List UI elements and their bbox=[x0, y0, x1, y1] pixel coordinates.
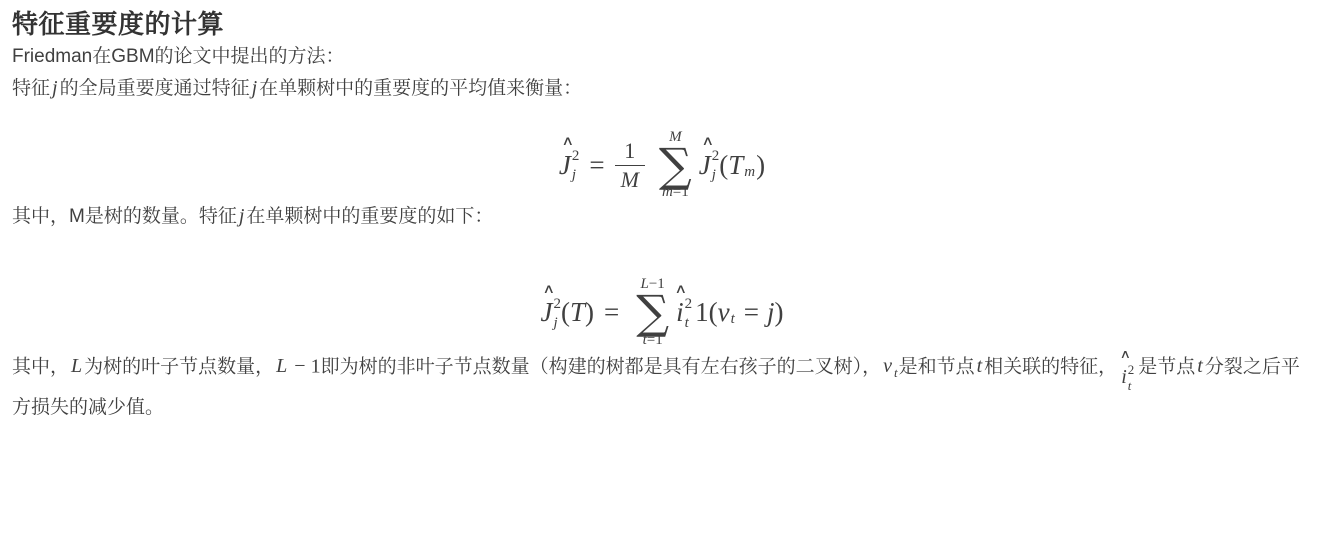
subscript-j: j bbox=[712, 168, 716, 183]
scripts: 2t bbox=[1128, 363, 1135, 392]
math-var-J: J bbox=[699, 152, 711, 179]
formula-global-importance: ∧ J 2 j = 1 M M ∑ m=1 ∧ J 2 j (Tm) bbox=[12, 130, 1312, 200]
sum-start-value: =1 bbox=[647, 333, 663, 348]
open-paren: ( bbox=[561, 297, 570, 328]
math-var-j-inline: j bbox=[52, 77, 58, 99]
fraction-denominator: M bbox=[615, 165, 645, 194]
math-var-j-inline: j bbox=[239, 205, 245, 227]
scripts: 2 j bbox=[553, 297, 561, 331]
close-paren: ) bbox=[756, 150, 765, 181]
equals-sign: = bbox=[604, 297, 619, 328]
math-J-hat-squared: ∧ J 2 j bbox=[540, 296, 560, 330]
subscript-t: t bbox=[731, 311, 735, 328]
hat-accent-icon: ∧ bbox=[674, 283, 687, 296]
math-var-L-inline: L bbox=[276, 355, 287, 377]
hat-accent-icon: ∧ bbox=[543, 283, 556, 296]
math-J-hat-squared: ∧ J 2 j bbox=[559, 148, 579, 182]
superscript-2: 2 bbox=[712, 149, 720, 164]
subscript-j: j bbox=[553, 316, 557, 331]
sigma-symbol: ∑ bbox=[659, 145, 692, 185]
sum-lower-limit: m=1 bbox=[662, 185, 689, 200]
intro-paragraph: Friedman在GBM的论文中提出的方法： bbox=[12, 41, 1312, 72]
math-var-j-inline: j bbox=[252, 77, 258, 99]
sigma-symbol: ∑ bbox=[636, 292, 669, 332]
document-page: 特征重要度的计算 Friedman在GBM的论文中提出的方法： 特征j的全局重要… bbox=[0, 0, 1324, 552]
equals-sign: = bbox=[744, 297, 759, 328]
subscript-m: m bbox=[744, 164, 755, 181]
math-var-J: J bbox=[559, 152, 571, 179]
summation-over-m: M ∑ m=1 bbox=[659, 130, 692, 200]
math-var-i: i bbox=[676, 299, 684, 326]
page-title: 特征重要度的计算 bbox=[12, 8, 1312, 41]
close-paren: ) bbox=[585, 297, 594, 328]
subscript-t: t bbox=[685, 316, 689, 331]
text-run: 其中， bbox=[12, 356, 69, 377]
inline-atom-row: i2t bbox=[1121, 363, 1134, 392]
equals-sign: = bbox=[589, 150, 604, 181]
summation-over-t: L−1 ∑ t=1 bbox=[636, 277, 669, 347]
close-paren: ) bbox=[775, 297, 784, 328]
text-run: 特征 bbox=[12, 78, 50, 99]
indicator-one: 1 bbox=[695, 297, 709, 328]
superscript-2: 2 bbox=[553, 297, 561, 312]
text-run: 的全局重要度通过特征 bbox=[60, 78, 250, 99]
global-importance-paragraph: 特征j的全局重要度通过特征j在单颗树中的重要度的平均值来衡量： bbox=[12, 72, 1312, 105]
math-arg-vt-equals-j: (vt=j) bbox=[709, 297, 784, 328]
text-run: 在单颗树中的重要度的平均值来衡量： bbox=[259, 78, 582, 99]
math-var-L-inline: L bbox=[71, 355, 82, 377]
math-var-i: i bbox=[1121, 367, 1127, 387]
hat-accent-icon: ∧ bbox=[561, 135, 574, 148]
text-run: 其中，M是树的数量。特征 bbox=[12, 206, 237, 227]
math-J-hat-squared: ∧ J 2 j bbox=[699, 148, 719, 182]
scripts: 2 t bbox=[685, 297, 693, 331]
math-var-v-inline: v bbox=[883, 355, 892, 377]
superscript-2: 2 bbox=[572, 149, 580, 164]
math-arg-T: (T) bbox=[561, 297, 594, 328]
math-var-v: v bbox=[718, 297, 730, 328]
sum-index-m: m bbox=[662, 185, 673, 200]
scripts: 2 j bbox=[712, 149, 720, 183]
sum-start-value: =1 bbox=[673, 185, 689, 200]
superscript-2: 2 bbox=[1128, 363, 1135, 376]
notes-paragraph: 其中，L为树的叶子节点数量，L−1即为树的非叶子节点数量（构建的树都是具有左右孩… bbox=[12, 348, 1312, 423]
number-one: 1 bbox=[311, 355, 321, 377]
math-arg-Tm: (Tm) bbox=[719, 150, 765, 181]
minus-sign: − bbox=[294, 355, 305, 377]
text-run: 相关联的特征， bbox=[984, 356, 1117, 377]
open-paren: ( bbox=[709, 297, 718, 328]
text-run: 在单颗树中的重要度的如下： bbox=[246, 206, 493, 227]
sum-lower-limit: t=1 bbox=[643, 333, 663, 348]
superscript-2: 2 bbox=[685, 297, 693, 312]
subscript-t-inline: t bbox=[894, 365, 898, 380]
single-tree-paragraph: 其中，M是树的数量。特征j在单颗树中的重要度的如下： bbox=[12, 200, 1312, 233]
text-run: 是节点 bbox=[1138, 356, 1195, 377]
scripts: 2 j bbox=[572, 149, 580, 183]
math-var-t-inline: t bbox=[1197, 355, 1203, 377]
text-run: 即为树的非叶子节点数量（构建的树都是具有左右孩子的二叉树）， bbox=[321, 356, 882, 377]
math-var-t-inline: t bbox=[977, 355, 983, 377]
math-var-T: T bbox=[728, 150, 743, 181]
text-run: 是和节点 bbox=[899, 356, 975, 377]
math-var-T: T bbox=[570, 297, 585, 328]
math-i-hat-squared-inline: ∧i2t bbox=[1121, 348, 1134, 392]
math-var-J: J bbox=[540, 299, 552, 326]
hat-accent-icon: ∧ bbox=[701, 135, 714, 148]
open-paren: ( bbox=[719, 150, 728, 181]
fraction-numerator: 1 bbox=[618, 137, 641, 165]
math-var-j: j bbox=[767, 297, 775, 328]
hat-accent-icon: ∧ bbox=[1120, 348, 1131, 360]
text-run: 为树的叶子节点数量， bbox=[84, 356, 274, 377]
math-i-hat-squared: ∧ i 2 t bbox=[676, 296, 692, 330]
subscript-j: j bbox=[572, 168, 576, 183]
formula-single-tree-importance: ∧ J 2 j (T) = L−1 ∑ t=1 ∧ i 2 t 1 (vt=j) bbox=[12, 277, 1312, 347]
subscript-t: t bbox=[1128, 379, 1132, 392]
fraction-1-over-M: 1 M bbox=[615, 137, 645, 193]
